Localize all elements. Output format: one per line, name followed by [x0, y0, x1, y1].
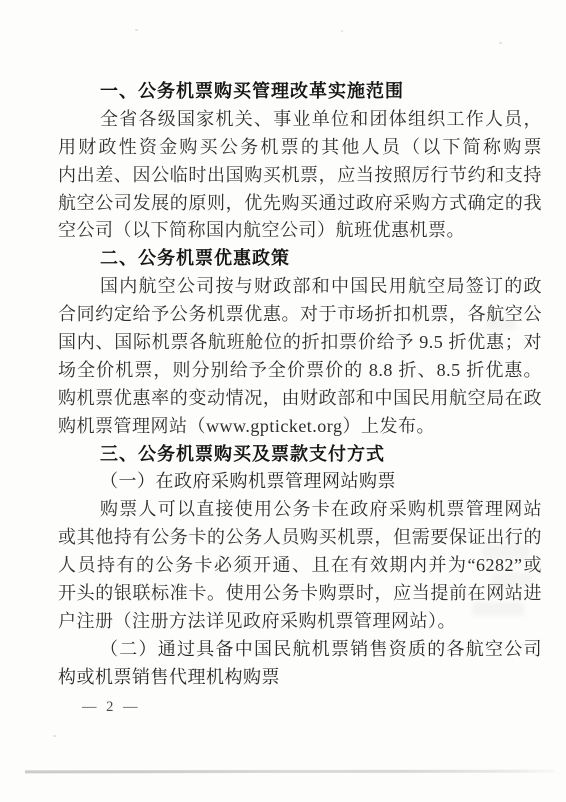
section-3-heading: 三、公务机票购买及票款支付方式	[58, 441, 542, 469]
para-2-line-3: 国内、国际机票各航班舱位的折扣票价给予 9.5 折优惠；对于市	[58, 329, 542, 357]
para-1-line-4: 航空公司发展的原则，优先购买通过政府采购方式确定的我国航	[58, 190, 542, 218]
sub-1-heading: （一）在政府采购机票管理网站购票	[58, 468, 542, 496]
para-3-line-1: 购票人可以直接使用公务卡在政府采购机票管理网站为本人	[58, 496, 542, 524]
para-2-line-5: 购机票优惠率的变动情况，由财政部和中国民用航空局在政府采	[58, 385, 542, 413]
scan-speck	[499, 42, 502, 44]
para-3-line-5: 户注册（注册方法详见政府采购机票管理网站）。	[58, 608, 542, 636]
scan-edge-line	[25, 770, 554, 773]
para-1-line-1: 全省各级国家机关、事业单位和团体组织工作人员，以及使	[58, 106, 542, 134]
para-2-line-4: 场全价机票，则分别给予全价票价的 8.8 折、8.5 折优惠。政府采	[58, 357, 542, 385]
sub-2-heading-line-2: 构或机票销售代理机构购票	[58, 664, 542, 692]
scan-speck	[53, 735, 56, 737]
section-1-heading: 一、公务机票购买管理改革实施范围	[58, 78, 542, 106]
bleed-through-mark	[472, 602, 524, 616]
para-1-line-5: 空公司（以下简称国内航空公司）航班优惠机票。	[58, 217, 542, 245]
document-page: 一、公务机票购买管理改革实施范围全省各级国家机关、事业单位和团体组织工作人员，以…	[0, 0, 566, 802]
para-1-line-3: 内出差、因公临时出国购买机票，应当按照厉行节约和支持本国	[58, 162, 542, 190]
sub-2-heading-line-1: （二）通过具备中国民航机票销售资质的各航空公司直销机	[58, 636, 542, 664]
para-3-line-3: 人员持有的公务卡必须开通、且在有效期内并为“6282”或“6283”	[58, 552, 542, 580]
scan-speck	[341, 30, 343, 32]
para-1-line-2: 用财政性资金购买公务机票的其他人员（以下简称购票人），国	[58, 134, 542, 162]
para-2-line-6: 购机票管理网站（www.gpticket.org）上发布。	[58, 413, 542, 441]
para-2-line-1: 国内航空公司按与财政部和中国民用航空局签订的政府采购	[58, 273, 542, 301]
section-2-heading: 二、公务机票优惠政策	[58, 245, 542, 273]
para-2-line-2: 合同约定给予公务机票优惠。对于市场折扣机票，各航空公司按	[58, 301, 542, 329]
bleed-through-mark	[486, 318, 516, 330]
bleed-through-mark	[492, 572, 532, 588]
document-body: 一、公务机票购买管理改革实施范围全省各级国家机关、事业单位和团体组织工作人员，以…	[58, 78, 542, 692]
bleed-through-mark	[482, 543, 530, 559]
para-3-line-2: 或其他持有公务卡的公务人员购买机票，但需要保证出行的公务	[58, 524, 542, 552]
scan-speck	[135, 29, 138, 31]
para-3-line-4: 开头的银联标准卡。使用公务卡购票时，应当提前在网站进行用	[58, 580, 542, 608]
page-number: — 2 —	[82, 699, 141, 716]
